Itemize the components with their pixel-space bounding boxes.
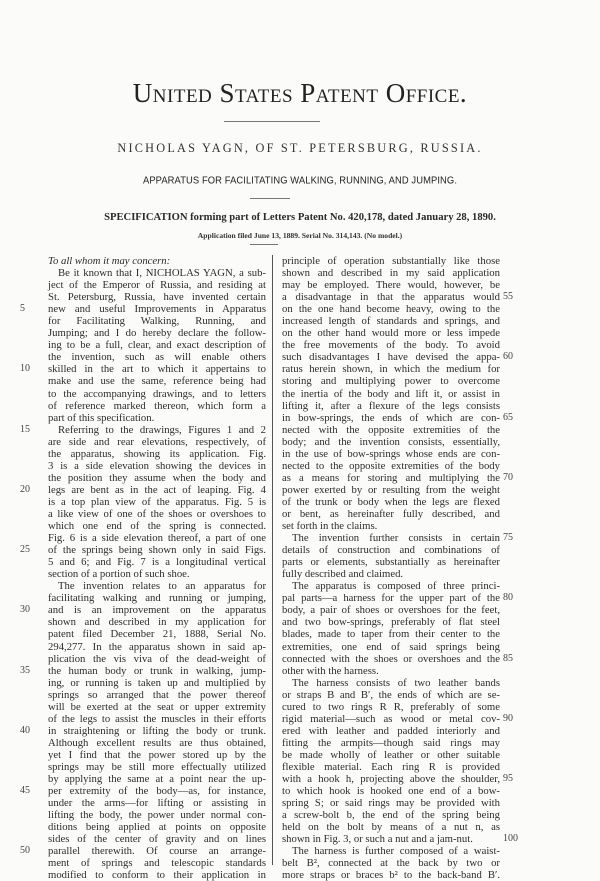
line-number: 90 <box>503 713 513 724</box>
text-line: sides of the center of gravity and on li… <box>48 833 266 845</box>
text-line: section of a portion of such shoe. <box>48 568 266 580</box>
line-number: 30 <box>20 604 30 615</box>
text-line: may be employed. There would, however, b… <box>282 279 500 291</box>
line-number: 50 <box>20 845 30 856</box>
text-line: patent filed December 21, 1888, Serial N… <box>48 628 266 640</box>
line-number: 20 <box>20 484 30 495</box>
text-line: power exerted by or resulting from the w… <box>282 484 500 496</box>
text-line: the free movements of the body. To avoid <box>282 339 500 351</box>
text-line: 5 and 6; and Fig. 7 is a longitudinal ve… <box>48 556 266 568</box>
text-line: the position they assume when the body a… <box>48 472 266 484</box>
text-line: to which hook is hooked one end of a bow… <box>282 785 500 797</box>
line-number: 85 <box>503 653 513 664</box>
line-number: 35 <box>20 665 30 676</box>
text-line: with a hook h, projecting above the shou… <box>282 773 500 785</box>
line-number: 65 <box>503 412 513 423</box>
text-line: per extremity of the body—as, for instan… <box>48 785 266 797</box>
text-line: a like view of one of the shoes or overs… <box>48 508 266 520</box>
text-line: the invention, such as will enable other… <box>48 351 266 363</box>
specification-line: SPECIFICATION forming part of Letters Pa… <box>0 212 600 223</box>
line-number: 60 <box>503 351 513 362</box>
text-line: or bent, as hereinafter fully described,… <box>282 508 500 520</box>
text-line: St. Petersburg, Russia, have invented ce… <box>48 291 266 303</box>
text-line: flexible material. Each ring R is provid… <box>282 761 500 773</box>
text-line: yet I find that the power stored up by t… <box>48 749 266 761</box>
text-line: principle of operation substantially lik… <box>282 255 500 267</box>
text-line: which one end of the spring is connected… <box>48 520 266 532</box>
text-line: fitting the armpits—though said rings ma… <box>282 737 500 749</box>
text-line: The harness consists of two leather band… <box>282 677 500 689</box>
line-number: 55 <box>503 291 513 302</box>
text-line: under the arms—for lifting or assisting … <box>48 797 266 809</box>
patent-office-heading: United States Patent Office. <box>0 78 600 109</box>
text-line: parts or elements, substantially as here… <box>282 556 500 568</box>
text-line: for Facilitating Walking, Running, and <box>48 315 266 327</box>
text-line: other with the harness. <box>282 665 500 677</box>
inventor-line: NICHOLAS YAGN, OF ST. PETERSBURG, RUSSIA… <box>0 141 600 156</box>
divider-rule-1 <box>224 121 320 122</box>
text-line: body; and the invention consists, essent… <box>282 436 500 448</box>
text-line: body, a pair of shoes or overshoes for t… <box>282 604 500 616</box>
application-line: Application filed June 13, 1889. Serial … <box>0 231 600 240</box>
text-line: ject of the Emperor of Russia, and resid… <box>48 279 266 291</box>
text-line: ered with leather and padded interiorly … <box>282 725 500 737</box>
text-line: will be exerted at the seat or upper ext… <box>48 701 266 713</box>
line-number: 5 <box>20 303 25 314</box>
text-line: of reference marked thereon, which form … <box>48 400 266 412</box>
text-line: Jumping; and I do hereby declare the fol… <box>48 327 266 339</box>
text-line: springs may be still more effectually ut… <box>48 761 266 773</box>
text-line: or straps B and B′, the ends of which ar… <box>282 689 500 701</box>
left-column: To all whom it may concern: Be it known … <box>48 255 266 881</box>
text-line: Be it known that I, NICHOLAS YAGN, a sub… <box>48 267 266 279</box>
line-number: 25 <box>20 544 30 555</box>
text-line: springs so arranged that the power there… <box>48 689 266 701</box>
text-line: on the one hand become heavy, owing to t… <box>282 303 500 315</box>
text-line: ing, or running is taken up and multipli… <box>48 677 266 689</box>
text-line: held on the bolt by means of a nut n, as <box>282 821 500 833</box>
line-number: 80 <box>503 592 513 603</box>
text-line: ditions being applied at points on oppos… <box>48 821 266 833</box>
line-number: 100 <box>503 833 518 844</box>
text-line: ratus herein shown, in which the medium … <box>282 363 500 375</box>
text-line: lifting it, after a flexure of the legs … <box>282 400 500 412</box>
line-number: 40 <box>20 725 30 736</box>
text-line: the apparatus, showing its application. … <box>48 448 266 460</box>
text-line: Referring to the drawings, Figures 1 and… <box>48 424 266 436</box>
text-line: cured to two rings R R, preferably of so… <box>282 701 500 713</box>
text-line: spring S; or said rings may be provided … <box>282 797 500 809</box>
text-line: shown and described in my application fo… <box>48 616 266 628</box>
text-line: ment of springs and telescopic standards <box>48 857 266 869</box>
text-line: part of this specification. <box>48 412 266 424</box>
line-number: 10 <box>20 363 30 374</box>
text-line: in bow-springs, the ends of which are co… <box>282 412 500 424</box>
column-divider <box>272 255 273 865</box>
text-line: in the use of bow-springs whose ends are… <box>282 448 500 460</box>
text-line: fully described and claimed. <box>282 568 500 580</box>
text-line: make and use the same, reference being h… <box>48 375 266 387</box>
text-line: to the accompanying drawings, and to let… <box>48 388 266 400</box>
line-number: 75 <box>503 532 513 543</box>
text-line: details of construction and combinations… <box>282 544 500 556</box>
text-line: of the trunk or body when the legs are f… <box>282 496 500 508</box>
text-line: parallel therewith. Of course an arrange… <box>48 845 266 857</box>
text-line: of the legs to assist the muscles in the… <box>48 713 266 725</box>
text-line: of the springs being shown only in said … <box>48 544 266 556</box>
text-line: skilled in the art to which it appertain… <box>48 363 266 375</box>
text-line: as a means for storing and multiplying t… <box>282 472 500 484</box>
right-column: principle of operation substantially lik… <box>282 255 500 881</box>
text-line: modified to conform to their application… <box>48 869 266 881</box>
text-line: The harness is further composed of a wai… <box>282 845 500 857</box>
divider-rule-3 <box>250 244 278 245</box>
text-line: storing and multiplying power to overcom… <box>282 375 500 387</box>
text-line: and is an improvement on the apparatus <box>48 604 266 616</box>
text-line: blades, made to taper from their center … <box>282 628 500 640</box>
text-line: nected with the opposite extremities of … <box>282 424 500 436</box>
text-line: a disadvantage in that the apparatus wou… <box>282 291 500 303</box>
text-line: pal parts—a harness for the upper part o… <box>282 592 500 604</box>
text-line: by applying the same at a point near the… <box>48 773 266 785</box>
text-line: lifting the body, the power under normal… <box>48 809 266 821</box>
text-line: shown and described in my said applicati… <box>282 267 500 279</box>
text-line: extremities, one end of said springs bei… <box>282 641 500 653</box>
text-line: The invention further consists in certai… <box>282 532 500 544</box>
text-line: increased length of standards and spring… <box>282 315 500 327</box>
text-line: and two bow-springs, preferably of flat … <box>282 616 500 628</box>
text-line: connected with the shoes or overshoes an… <box>282 653 500 665</box>
text-line: ing to be a full, clear, and exact descr… <box>48 339 266 351</box>
line-number: 45 <box>20 785 30 796</box>
text-line: the inertia of the body and lift it, or … <box>282 388 500 400</box>
text-line: more straps or braces b² to the back-ban… <box>282 869 500 881</box>
text-line: 3 is a side elevation showing the device… <box>48 460 266 472</box>
line-number: 15 <box>20 424 30 435</box>
text-line: the human body or trunk in walking, jump… <box>48 665 266 677</box>
text-line: Fig. 6 is a side elevation thereof, a pa… <box>48 532 266 544</box>
text-line: rigid material—such as wood or metal cov… <box>282 713 500 725</box>
text-line: on the other hand would more or less imp… <box>282 327 500 339</box>
salutation: To all whom it may concern: <box>48 255 266 267</box>
text-line: facilitating walking and running or jump… <box>48 592 266 604</box>
text-line: 294,277. In the apparatus shown in said … <box>48 641 266 653</box>
text-line: is a top plan view of the apparatus. Fig… <box>48 496 266 508</box>
text-line: Although excellent results are thus obta… <box>48 737 266 749</box>
line-number: 95 <box>503 773 513 784</box>
text-line: a screw-bolt b, the end of the spring be… <box>282 809 500 821</box>
text-line: belt B², connected at the back by two or <box>282 857 500 869</box>
text-line: legs are bent as in the act of leaping. … <box>48 484 266 496</box>
text-line: plication the vis viva of the dead-weigh… <box>48 653 266 665</box>
text-line: nected to the opposite extremities of th… <box>282 460 500 472</box>
text-line: new and useful Improvements in Apparatus <box>48 303 266 315</box>
text-line: such disadvantages I have devised the ap… <box>282 351 500 363</box>
text-line: in straightening or lifting the body or … <box>48 725 266 737</box>
text-line: The invention relates to an apparatus fo… <box>48 580 266 592</box>
invention-title: APPARATUS FOR FACILITATING WALKING, RUNN… <box>0 173 600 185</box>
text-line: The apparatus is composed of three princ… <box>282 580 500 592</box>
text-line: shown in Fig. 3, or such a nut and a jam… <box>282 833 500 845</box>
text-line: set forth in the claims. <box>282 520 500 532</box>
line-number: 70 <box>503 472 513 483</box>
text-line: are side and rear elevations, respective… <box>48 436 266 448</box>
divider-rule-2 <box>250 198 290 199</box>
text-line: be made wholly of leather or other suita… <box>282 749 500 761</box>
